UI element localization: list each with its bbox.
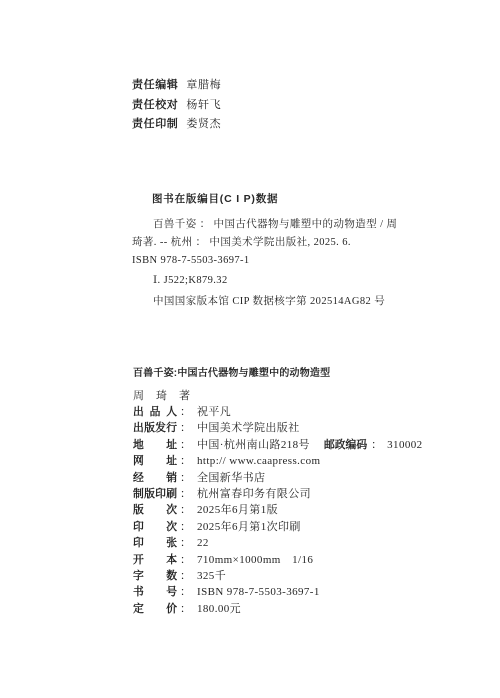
info-row-price: 定价：180.00元 [133,601,423,617]
info-row-printer: 制版印刷：杭州富春印务有限公司 [133,486,423,502]
staff-credits-block: 责任编辑章腊梅 责任校对杨轩飞 责任印制娄贤杰 [132,76,221,135]
info-value: 中国美术学院出版社 [197,422,300,434]
staff-value: 章腊梅 [186,79,221,91]
cip-body: 百兽千姿 ： 中国古代器物与雕塑中的动物造型 / 周 琦著. -- 杭州 ： 中… [132,216,432,311]
info-label: 地址 [133,437,177,453]
cip-title-line: 百兽千姿 ： 中国古代器物与雕塑中的动物造型 / 周 [132,216,432,234]
colon-separator: ： [180,519,191,535]
colon-separator: ： [180,437,191,453]
staff-label: 责任印制 [132,118,178,130]
info-row-producer: 出品人：祝平凡 [133,404,423,420]
info-row-publisher: 出版发行：中国美术学院出版社 [133,420,423,436]
colon-separator: ： [180,568,191,584]
colon-separator: ： [371,437,382,453]
colon-separator: ： [180,502,191,518]
info-row-isbn: 书号：ISBN 978-7-5503-3697-1 [133,584,423,600]
colon-separator: ： [180,470,191,486]
cip-publisher-line: 琦著. -- 杭州 ： 中国美术学院出版社, 2025. 6. [132,234,432,252]
info-label: 经销 [133,470,177,486]
colon-separator: ： [180,601,191,617]
cip-block: 图书在版编目(C I P)数据 百兽千姿 ： 中国古代器物与雕塑中的动物造型 /… [132,191,432,311]
info-value: 2025年6月第1次印刷 [197,521,301,533]
staff-row-print-supervisor: 责任印制娄贤杰 [132,115,221,135]
colon-separator: ： [180,584,191,600]
info-label: 字数 [133,568,177,584]
website-url: http:// www.caapress.com [197,455,320,467]
colon-separator: ： [180,404,191,420]
colon-separator: ： [180,535,191,551]
info-row-format: 开本：710mm×1000mm 1/16 [133,552,423,568]
colon-separator: ： [180,420,191,436]
cip-record-number-line: 中国国家版本馆 CIP 数据核字第 202514AG82 号 [132,293,432,311]
info-label: 版次 [133,502,177,518]
info-row-impression: 印次：2025年6月第1次印刷 [133,519,423,535]
cip-isbn-line: ISBN 978-7-5503-3697-1 [132,252,432,270]
info-label: 定价 [133,601,177,617]
info-row-edition: 版次：2025年6月第1版 [133,502,423,518]
info-value: 2025年6月第1版 [197,504,278,516]
staff-value: 杨轩飞 [186,99,221,111]
staff-row-proofreader: 责任校对杨轩飞 [132,96,221,116]
info-label: 出版发行 [133,420,177,436]
cip-heading: 图书在版编目(C I P)数据 [132,191,432,206]
info-label: 印次 [133,519,177,535]
info-value: 杭州富春印务有限公司 [197,488,311,500]
info-label: 书号 [133,584,177,600]
info-label: 制版印刷 [133,486,177,502]
info-row-address: 地址：中国·杭州南山路218号邮政编码：310002 [133,437,423,453]
colon-separator: ： [180,453,191,469]
info-value: ISBN 978-7-5503-3697-1 [197,586,320,598]
info-label: 开本 [133,552,177,568]
info-label: 网址 [133,453,177,469]
info-value: 中国·杭州南山路218号 [197,439,310,451]
postal-code-value: 310002 [387,439,422,451]
postal-code-label: 邮政编码 [324,439,367,451]
info-value: 祝平凡 [197,406,231,418]
publication-info-block: 出品人：祝平凡 出版发行：中国美术学院出版社 地址：中国·杭州南山路218号邮政… [133,404,423,617]
info-value: 22 [197,537,209,549]
info-row-website: 网址：http:// www.caapress.com [133,453,423,469]
title-block: 百兽千姿:中国古代器物与雕塑中的动物造型 周 琦 著 [133,364,330,403]
info-label: 印张 [133,535,177,551]
colon-separator: ： [180,552,191,568]
info-row-sheets: 印张：22 [133,535,423,551]
staff-label: 责任编辑 [132,79,178,91]
cip-classification-line: Ⅰ. J522;K879.32 [132,272,432,290]
info-row-word-count: 字数：325千 [133,568,423,584]
info-value: 710mm×1000mm 1/16 [197,554,313,566]
info-value: 325千 [197,570,226,582]
info-label: 出品人 [133,404,177,420]
book-title: 百兽千姿:中国古代器物与雕塑中的动物造型 [133,364,330,379]
info-value: 全国新华书店 [197,472,265,484]
book-author: 周 琦 著 [133,387,330,403]
staff-label: 责任校对 [132,99,178,111]
staff-row-editor: 责任编辑章腊梅 [132,76,221,96]
copyright-page: 责任编辑章腊梅 责任校对杨轩飞 责任印制娄贤杰 图书在版编目(C I P)数据 … [0,0,500,698]
staff-value: 娄贤杰 [186,118,221,130]
colon-separator: ： [180,486,191,502]
info-row-distributor: 经销：全国新华书店 [133,470,423,486]
info-value: 180.00元 [197,603,241,615]
